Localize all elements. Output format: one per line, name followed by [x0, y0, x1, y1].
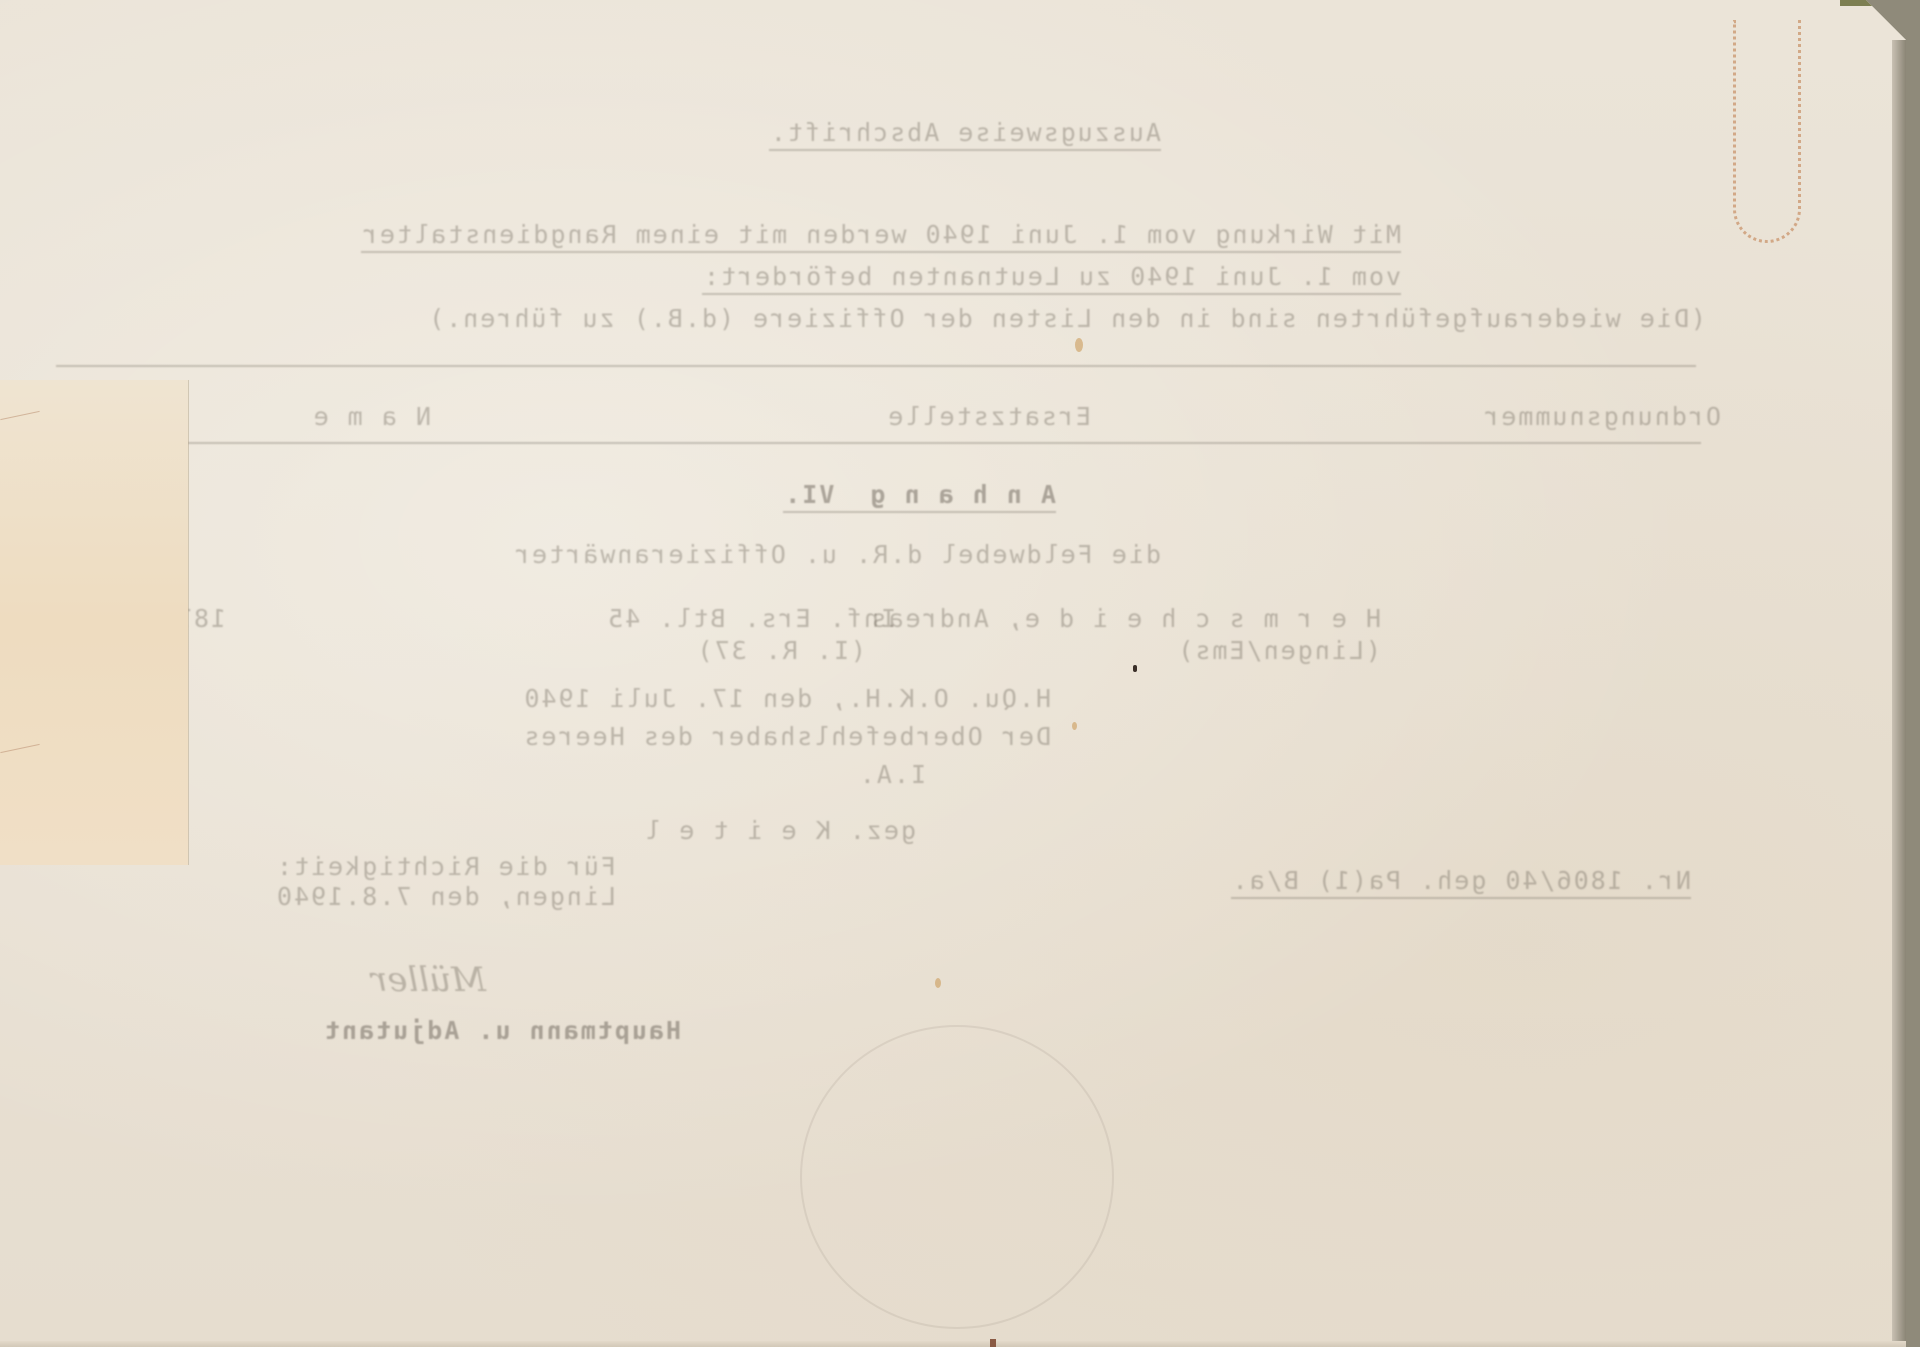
intro-line: vom 1. Juni 1940 zu Leutnanten befördert…	[702, 262, 1401, 295]
certification-line: Lingen, den 7.8.1940	[275, 882, 616, 911]
entry-name: H e r m s c h e i d e, Andreas	[869, 604, 1381, 633]
table-header-order-number: Ordnungsnummer	[1482, 402, 1721, 431]
table-header-office: Ersatzstelle	[886, 402, 1091, 431]
paper-edge	[1892, 40, 1906, 1347]
entry-office-regiment: (I. R. 37)	[695, 636, 866, 665]
ink-dot	[1133, 665, 1137, 672]
certification-line: Für die Richtigkeit:	[275, 852, 616, 881]
intro-line: Mit Wirkung vom 1. Juni 1940 werden mit …	[361, 220, 1401, 253]
faint-stamp-circle	[800, 1025, 1114, 1329]
table-header-name: N a m e	[312, 402, 431, 431]
edge-mark	[990, 1339, 996, 1347]
entry-office: Inf. Ers. Btl. 45	[606, 604, 896, 633]
stain-spot	[935, 978, 941, 988]
section-title: A n h a n g VI.	[783, 480, 1056, 513]
heading: Auszugsweise Abschrift.	[769, 118, 1161, 151]
staple-rust-mark	[1733, 20, 1801, 243]
closing-line: Der Oberbefehlshaber des Heeres	[522, 722, 1051, 751]
document-sheet: Auszugsweise Abschrift. Mit Wirkung vom …	[0, 0, 1906, 1347]
stain-spot	[1072, 722, 1077, 730]
closing-line: gez. K e i t e l	[643, 816, 916, 845]
signatory-title: Hauptmann u. Adjutant	[323, 1016, 681, 1045]
section-subtitle: die Feldwebel d.R. u. Offizieranwärter	[513, 540, 1161, 569]
entry-name-place: (Lingen/Ems)	[1176, 636, 1381, 665]
signature: Müller	[371, 960, 486, 1000]
pasted-paper-tab	[0, 380, 188, 865]
closing-line: I.A.	[858, 760, 926, 789]
stain-spot	[1075, 338, 1083, 352]
reference-number: Nr. 1806/40 geh. Pa(1) B/a.	[1231, 866, 1691, 899]
paper-edge-bottom	[0, 1341, 1906, 1347]
intro-line: (Die wiederaufgeführten sind in den List…	[427, 304, 1706, 333]
table-rule-bottom	[61, 442, 1701, 444]
closing-line: H.Qu. O.K.H., den 17. Juli 1940	[522, 684, 1051, 713]
table-rule-top	[56, 365, 1696, 367]
